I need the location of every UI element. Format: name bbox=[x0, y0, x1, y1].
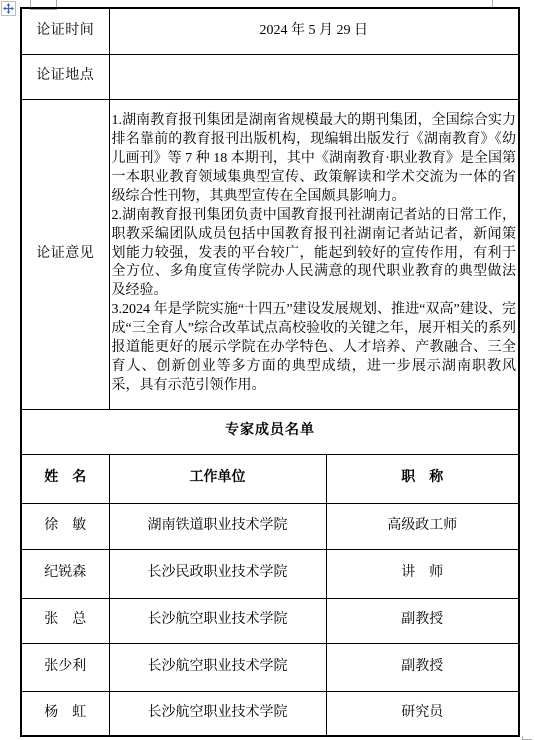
evaluation-place-label-cell[interactable]: 论证地点 bbox=[21, 54, 109, 99]
expert-row: 纪锐森 长沙民政职业技术学院 讲 师 bbox=[21, 549, 519, 598]
expert-title-cell[interactable]: 讲 师 bbox=[326, 549, 519, 598]
experts-header-title-cell[interactable]: 职 称 bbox=[326, 454, 519, 503]
evaluation-opinion-text-cell[interactable]: 1.湖南教育报刊集团是湖南省规模最大的期刊集团，全国综合实力排名靠前的教育报刊出… bbox=[109, 99, 519, 409]
evaluation-time-label-cell[interactable]: 论证时间 bbox=[21, 8, 109, 54]
expert-name: 徐 敏 bbox=[44, 518, 86, 533]
expert-title-cell[interactable]: 副教授 bbox=[326, 598, 519, 643]
expert-name: 张 总 bbox=[44, 612, 86, 627]
expert-unit-cell[interactable]: 长沙航空职业技术学院 bbox=[109, 598, 326, 643]
expert-row: 杨 虹 长沙航空职业技术学院 研究员 bbox=[21, 691, 519, 736]
expert-unit-cell[interactable]: 长沙民政职业技术学院 bbox=[109, 549, 326, 598]
opinion-paragraph-2: 2.湖南教育报刊集团负责中国教育报刊社湖南记者站的日常工作，职教采编团队成员包括… bbox=[112, 207, 517, 301]
experts-header-unit-cell[interactable]: 工作单位 bbox=[109, 454, 326, 503]
evaluation-time-value-cell[interactable]: 2024 年 5 月 29 日 bbox=[109, 8, 519, 54]
expert-unit-cell[interactable]: 长沙航空职业技术学院 bbox=[109, 691, 326, 736]
expert-name-cell[interactable]: 杨 虹 bbox=[21, 691, 109, 736]
evaluation-table: 论证时间 2024 年 5 月 29 日 论证地点 论证意见 1.湖南教育报刊集… bbox=[20, 7, 520, 737]
expert-row: 徐 敏 湖南铁道职业技术学院 高级政工师 bbox=[21, 503, 519, 549]
document-page: { "colors": { "page_bg": "#ffffff", "tab… bbox=[0, 0, 535, 740]
experts-section-title-cell[interactable]: 专家成员名单 bbox=[21, 409, 519, 454]
expert-name-cell[interactable]: 张少利 bbox=[21, 643, 109, 691]
opinion-paragraph-1: 1.湖南教育报刊集团是湖南省规模最大的期刊集团，全国综合实力排名靠前的教育报刊出… bbox=[112, 112, 517, 206]
expert-name-cell[interactable]: 张 总 bbox=[21, 598, 109, 643]
evaluation-time-value: 2024 年 5 月 29 日 bbox=[260, 23, 369, 38]
table-row: 论证地点 bbox=[21, 54, 519, 99]
expert-name: 杨 虹 bbox=[44, 705, 86, 720]
expert-title-cell[interactable]: 高级政工师 bbox=[326, 503, 519, 549]
move-arrows-glyph bbox=[3, 3, 14, 14]
experts-header-name-cell[interactable]: 姓 名 bbox=[21, 454, 109, 503]
expert-title-cell[interactable]: 研究员 bbox=[326, 691, 519, 736]
table-move-handle-icon[interactable] bbox=[1, 1, 16, 16]
experts-header-title: 职 称 bbox=[401, 470, 443, 485]
evaluation-time-label: 论证时间 bbox=[36, 23, 94, 38]
evaluation-place-label: 论证地点 bbox=[36, 68, 94, 83]
expert-unit: 长沙航空职业技术学院 bbox=[148, 612, 288, 627]
experts-header-unit: 工作单位 bbox=[190, 470, 246, 485]
expert-title: 副教授 bbox=[401, 659, 443, 674]
experts-header-row: 姓 名 工作单位 职 称 bbox=[21, 454, 519, 503]
expert-unit: 长沙航空职业技术学院 bbox=[148, 705, 288, 720]
experts-header-name: 姓 名 bbox=[44, 470, 86, 485]
expert-title-cell[interactable]: 副教授 bbox=[326, 643, 519, 691]
expert-row: 张 总 长沙航空职业技术学院 副教授 bbox=[21, 598, 519, 643]
expert-unit-cell[interactable]: 湖南铁道职业技术学院 bbox=[109, 503, 326, 549]
evaluation-place-value-cell[interactable] bbox=[109, 54, 519, 99]
evaluation-opinion-label-cell[interactable]: 论证意见 bbox=[21, 99, 109, 409]
expert-title: 研究员 bbox=[401, 705, 443, 720]
opinion-paragraph-3: 3.2024 年是学院实施“十四五”建设发展规划、推进“双高”建设、完成“三全育… bbox=[112, 301, 517, 395]
evaluation-opinion-label: 论证意见 bbox=[36, 246, 94, 261]
expert-name: 张少利 bbox=[44, 659, 86, 674]
expert-title: 讲 师 bbox=[401, 565, 443, 580]
expert-unit: 湖南铁道职业技术学院 bbox=[148, 518, 288, 533]
experts-section-title: 专家成员名单 bbox=[225, 423, 315, 438]
expert-title: 副教授 bbox=[401, 612, 443, 627]
expert-name: 纪锐森 bbox=[44, 565, 86, 580]
expert-name-cell[interactable]: 徐 敏 bbox=[21, 503, 109, 549]
table-row: 专家成员名单 bbox=[21, 409, 519, 454]
table-row: 论证意见 1.湖南教育报刊集团是湖南省规模最大的期刊集团，全国综合实力排名靠前的… bbox=[21, 99, 519, 409]
expert-title: 高级政工师 bbox=[387, 518, 457, 533]
expert-name-cell[interactable]: 纪锐森 bbox=[21, 549, 109, 598]
expert-row: 张少利 长沙航空职业技术学院 副教授 bbox=[21, 643, 519, 691]
table-row: 论证时间 2024 年 5 月 29 日 bbox=[21, 8, 519, 54]
expert-unit: 长沙民政职业技术学院 bbox=[148, 565, 288, 580]
expert-unit: 长沙航空职业技术学院 bbox=[148, 659, 288, 674]
expert-unit-cell[interactable]: 长沙航空职业技术学院 bbox=[109, 643, 326, 691]
